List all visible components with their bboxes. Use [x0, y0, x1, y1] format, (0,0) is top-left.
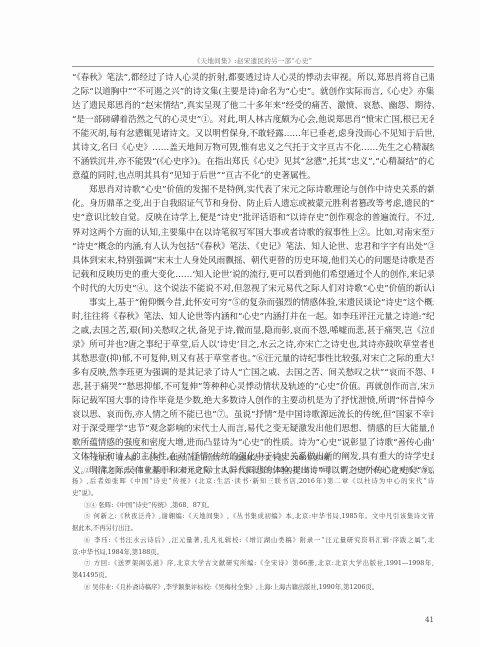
- footnote-line: ⑦ 方回:《送罗架阁弘道》序,北京大学古文献研究所编:《全宋诗》第66册,北京:…: [72, 558, 434, 570]
- document-page: 《天地间集》:赵宋遗民的另一部“心史” “《春秋》笔法”,都经过了诗人心灵的折射…: [0, 0, 480, 647]
- footnote-line: ⑧ 吴伟业:《且朴斋诗稿序》,李学颖集评标校:《吴梅村全集》,上海:上海古籍出版…: [72, 582, 434, 594]
- footnotes: ① 金学智、陈本源:《〈心史〉:郑思肖的赵宋情结》,《南通师范学院学报》2000…: [72, 453, 434, 593]
- footnote-line: 京:中华书局,1984年,第188页。: [72, 547, 434, 559]
- paragraph-line: 际记载军国大事的诗作毕竟是少数,绝大多数诗人创作的主要动机是为了抒忧泄愤,所谓“…: [72, 394, 434, 408]
- paragraph-line: 界对这两个方面的认知,主要集中在以诗笔叙写军国大事或者诗歌的叙事性上②。比如,对…: [72, 226, 434, 240]
- header-rule: [72, 66, 434, 67]
- paragraph-line: “诗史”概念的内涵,有人认为包括“《春秋》笔法、《史记》笔法、知人论世、忠君和字…: [72, 240, 434, 254]
- footnote-line: ② 前者如方勇《南宋遗民诗人群体研究》(北京:人民出版社,2000年)第七章第三…: [72, 465, 434, 477]
- paragraph-line: 录》所可并也?唐之事纪于草堂,后人以‘诗史’目之,水云之诗,亦宋亡之诗史也,其诗…: [72, 338, 434, 352]
- paragraph-line: 不涵铁沉井,亦不能毁”(《心史序》)。在指出郑氏《心史》见其“忿懑”,托其“忠义…: [72, 155, 434, 169]
- paragraph-line: 化。身历鼎革之变,出于自我昭证气节和身份、防止后人遗忘或被蒙元胜利者篡改等考虑,…: [72, 197, 434, 211]
- paragraph-line: 史”意识比较自觉。反映在诗学上,便是“诗史”批评话语和“以诗存史”创作观念的普遍…: [72, 211, 434, 225]
- paragraph-line: 个时代的大历史”④。这个说法不能说不对,但忽视了宋元易代之际人们对诗歌“心史”价…: [72, 282, 434, 296]
- running-header: 《天地间集》:赵宋遗民的另一部“心史”: [72, 56, 434, 65]
- paragraph-line: 对于深受理学“忠节”观念影响的宋代士人而言,易代之变无疑激发出他们思想、情感的巨…: [72, 422, 434, 436]
- paragraph-line: 之戚,去国之苦,艰(间)关愁叹之状,备见于诗,微而显,隐而彰,哀而不怨,唏嘘而悲…: [72, 324, 434, 338]
- page-number: 41: [410, 616, 434, 624]
- paragraph-line: 事实上,基于“俯仰慨今昔,此怀安可穷”⑤的复杂而强烈的情感体验,宋遗民谈论“诗史…: [72, 296, 434, 310]
- paragraph-line: 其诗文,名曰《心史》……盖天地间万物可毁,惟有忠义之气托于文字亘古不化……先生之…: [72, 141, 434, 155]
- paragraph-line: 具体到宋末,特别强调“宋末士人身处风雨飘摇、朝代更替的历史环境,他们关心的问题是…: [72, 254, 434, 268]
- footnote-line: 扬》,后者如张晖《中国“诗史”传统》(北京:生活·读书·新知三联书店,2016年…: [72, 476, 434, 488]
- footnote-separator: [72, 448, 152, 449]
- footnote-line: ③④ 张晖:《中国“诗史”传统》,第68、87页。: [72, 500, 434, 512]
- paragraph-line: 达了遗民郑思肖的“赵宋情结”,真实呈现了他二十多年来“经受的痛苦、激愤、哀愁、幽…: [72, 99, 434, 113]
- paragraph-line: 不能灭胡,每有忿懑辄见诸诗文。又以明哲保身,不敢轻露……年已垂老,虑身没而心不见…: [72, 127, 434, 141]
- paragraph-line: 之际“以道胸中”“不可遏之兴”的诗文集(主要是诗)命名为“心史”。就创作实际而言…: [72, 85, 434, 99]
- paragraph-line: 意蕴的同时,也点明其具有“见知于后世”“亘古不化”的史著属性。: [72, 169, 434, 183]
- paragraph-line: “是一部磅礴着浩然之气的心灵史”①。对此,明人林古度颇为心会,他说郑思肖“愤宋亡…: [72, 113, 434, 127]
- paragraph-line: 悲,甚于痛哭”“愁思抑郁,不可复伸”等种种心灵悸动情状及轨迹的“心史”价值。再就…: [72, 380, 434, 394]
- paragraph-line: 记载和反映历史的重大变化……‘知人论世’说的流行,更可以看到他们希望通过个人的创…: [72, 268, 434, 282]
- paragraph-line: 时,往往将《春秋》笔法、知人论世等内涵和“心史”内涵打并在一起。如李珏评汪元量之…: [72, 310, 434, 324]
- footnote-line: 第41495页。: [72, 570, 434, 582]
- paragraph-line: 其愁思壹(抑)郁,不可复伸,则又有甚于草堂者也。”⑥汪元量的诗纪事性比较强,对宋…: [72, 352, 434, 366]
- footnote-line: 史”说》。: [72, 488, 434, 500]
- paragraph-line: 郑思肖对诗歌“心史”价值的发掘不是特例,实代表了宋元之际诗歌理论与创作中诗史关系…: [72, 183, 434, 197]
- body-text: “《春秋》笔法”,都经过了诗人心灵的折射,都要透过诗人心灵的悸动去审视。所以,郑…: [72, 71, 434, 478]
- paragraph-line: “《春秋》笔法”,都经过了诗人心灵的折射,都要透过诗人心灵的悸动去审视。所以,郑…: [72, 71, 434, 85]
- footnote-line: ① 金学智、陈本源:《〈心史〉:郑思肖的赵宋情结》,《南通师范学院学报》2000…: [72, 453, 434, 465]
- footnote-line: ⑥ 李珏:《书汪水云诗后》,汪元量著,孔凡礼辑校:《增订湖山类稿》附录一“汪元量…: [72, 535, 434, 547]
- paragraph-line: 哀以思、哀而伤,亦人情之所不能已也”⑦。虽说“抒情”是中国诗歌源远流长的传统,但…: [72, 408, 434, 422]
- footnote-line: ⑤ 何新之:《秋夜泛舟》,谢翱编:《天地间集》,《丛书集成初编》本,北京:中华书…: [72, 511, 434, 523]
- paragraph-line: 多有反映,然李珏更为强调的是其记录了诗人“亡国之戚、去国之苦、间关愁叹之状”“哀…: [72, 366, 434, 380]
- footnote-line: 据此本,不再另行出注。: [72, 523, 434, 535]
